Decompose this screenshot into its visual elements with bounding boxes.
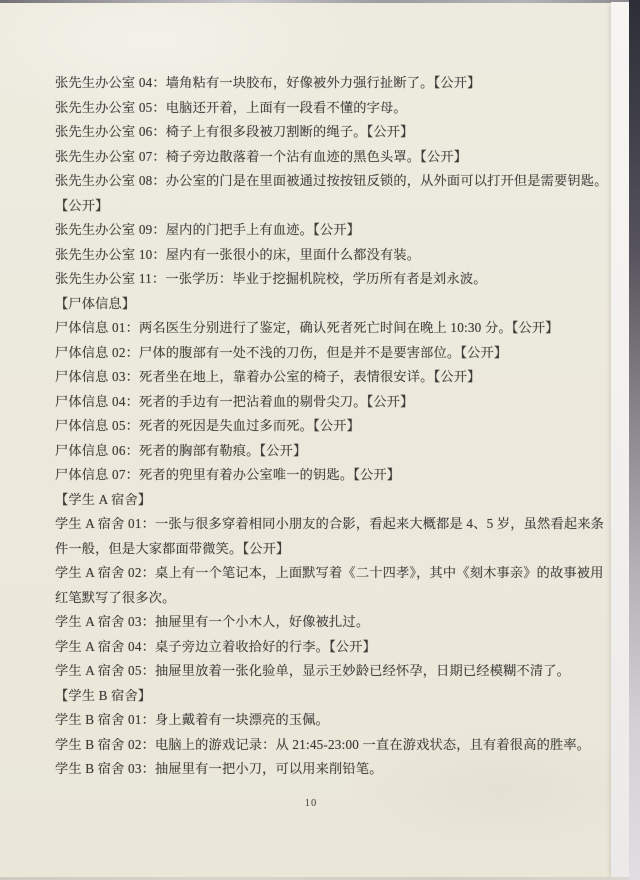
scanned-page: 张先生办公室 04：墙角粘有一块胶布，好像被外力强行扯断了。【公开】张先生办公室… (0, 0, 640, 880)
clue-line: 学生 A 宿舍 01：一张与很多穿着相同小朋友的合影，看起来大概都是 4、5 岁… (55, 512, 600, 537)
document-text: 张先生办公室 04：墙角粘有一块胶布，好像被外力强行扯断了。【公开】张先生办公室… (55, 71, 600, 782)
clue-line: 尸体信息 05：死者的死因是失血过多而死。【公开】 (55, 414, 600, 439)
paper-right-edge (611, 2, 629, 880)
clue-line: 学生 A 宿舍 04：桌子旁边立着收拾好的行李。【公开】 (55, 635, 600, 660)
clue-line: 张先生办公室 06：椅子上有很多段被刀割断的绳子。【公开】 (55, 120, 600, 145)
page-number: 10 (0, 798, 622, 809)
clue-line: 学生 A 宿舍 03：抽屉里有一个小木人，好像被扎过。 (55, 610, 600, 635)
clue-line: 尸体信息 04：死者的手边有一把沾着血的剔骨尖刀。【公开】 (55, 390, 600, 415)
scan-top-edge (0, 0, 640, 3)
clue-line: 学生 B 宿舍 02：电脑上的游戏记录：从 21:45-23:00 一直在游戏状… (55, 733, 600, 758)
clue-line: 尸体信息 02：尸体的腹部有一处不浅的刀伤，但是并不是要害部位。【公开】 (55, 341, 600, 366)
clue-line: 张先生办公室 07：椅子旁边散落着一个沾有血迹的黑色头罩。【公开】 (55, 145, 600, 170)
clue-line: 张先生办公室 11：一张学历：毕业于挖掘机院校，学历所有者是刘永波。 (55, 267, 600, 292)
clue-line: 件一般，但是大家都面带微笑。【公开】 (55, 537, 600, 562)
clue-line: 张先生办公室 08：办公室的门是在里面被通过按按钮反锁的，从外面可以打开但是需要… (55, 169, 600, 194)
section-header: 【学生 B 宿舍】 (55, 684, 600, 709)
clue-line: 学生 A 宿舍 05：抽屉里放着一张化验单，显示王妙龄已经怀孕，日期已经模糊不清… (55, 659, 600, 684)
clue-line: 张先生办公室 10：屋内有一张很小的床，里面什么都没有装。 (55, 243, 600, 268)
clue-line: 张先生办公室 05：电脑还开着，上面有一段看不懂的字母。 (55, 96, 600, 121)
clue-line: 学生 A 宿舍 02：桌上有一个笔记本，上面默写着《二十四孝》，其中《刻木事亲》… (55, 561, 600, 586)
clue-line: 红笔默写了很多次。 (55, 586, 600, 611)
clue-line: 尸体信息 03：死者坐在地上，靠着办公室的椅子，表情很安详。【公开】 (55, 365, 600, 390)
clue-line: 学生 B 宿舍 01：身上戴着有一块漂亮的玉佩。 (55, 708, 600, 733)
clue-line: 尸体信息 06：死者的胸部有勒痕。【公开】 (55, 439, 600, 464)
clue-line: 【公开】 (55, 194, 600, 219)
scanner-background-strip (629, 0, 640, 880)
clue-line: 张先生办公室 09：屋内的门把手上有血迹。【公开】 (55, 218, 600, 243)
section-header: 【学生 A 宿舍】 (55, 488, 600, 513)
clue-line: 尸体信息 07：死者的兜里有着办公室唯一的钥匙。【公开】 (55, 463, 600, 488)
clue-line: 学生 B 宿舍 03：抽屉里有一把小刀，可以用来削铅笔。 (55, 757, 600, 782)
clue-line: 尸体信息 01：两名医生分别进行了鉴定，确认死者死亡时间在晚上 10:30 分。… (55, 316, 600, 341)
section-header: 【尸体信息】 (55, 292, 600, 317)
clue-line: 张先生办公室 04：墙角粘有一块胶布，好像被外力强行扯断了。【公开】 (55, 71, 600, 96)
